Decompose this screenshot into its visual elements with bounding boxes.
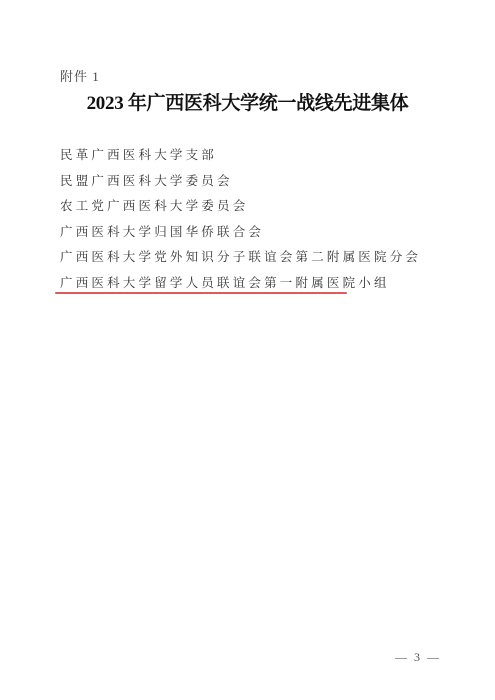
- list-item: 民盟广西医科大学委员会: [60, 172, 421, 198]
- red-underline-annotation: [55, 292, 347, 294]
- page-number: — 3 —: [395, 650, 441, 665]
- advanced-collectives-list: 民革广西医科大学支部 民盟广西医科大学委员会 农工党广西医科大学委员会 广西医科…: [60, 146, 421, 300]
- list-item: 农工党广西医科大学委员会: [60, 197, 421, 223]
- list-item: 民革广西医科大学支部: [60, 146, 421, 172]
- list-item: 广西医科大学党外知识分子联谊会第二附属医院分会: [60, 248, 421, 274]
- list-item-highlighted: 广西医科大学留学人员联谊会第一附属医院小组: [60, 274, 421, 300]
- document-title: 2023 年广西医科大学统一战线先进集体: [0, 88, 495, 115]
- attachment-label: 附件 1: [60, 66, 100, 85]
- list-item: 广西医科大学归国华侨联合会: [60, 223, 421, 249]
